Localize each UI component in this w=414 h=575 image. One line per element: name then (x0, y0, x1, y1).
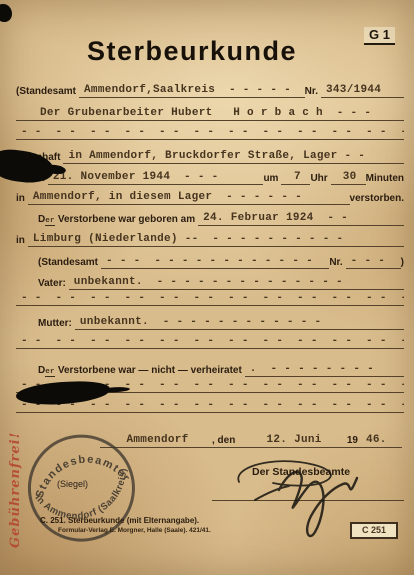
year-prefix-label: 19 (347, 435, 361, 447)
der-label: D (38, 214, 45, 226)
birth-date: 24. Februar 1924 - - (198, 212, 404, 226)
in-label: in (16, 193, 28, 205)
in-label-2: in (16, 235, 28, 247)
birth-registry-row: (Standesamt - - - - - - - - - - - - - - … (38, 249, 404, 269)
verstorben-label: verstorben. (350, 193, 404, 205)
birth-place-row: in Limburg (Niederlande) -- - - - - - - … (16, 227, 404, 247)
birth-place: Limburg (Niederlande) -- - - - - - - - -… (28, 233, 404, 247)
uhr-label: Uhr (310, 173, 330, 185)
filler-dashes: - - - - - - - - - - - - - - - - - - - - … (16, 292, 404, 306)
issue-date: 12. Juni (238, 434, 347, 447)
geboren-am-label: Verstorbene war geboren am (55, 214, 198, 226)
ink-blot (0, 4, 12, 22)
residence-row: wohnhaft in Ammendorf, Bruckdorfer Straß… (16, 144, 404, 164)
nr-label: Nr. (305, 86, 321, 98)
birth-registry-value: - - - - - - - - - - - - - - - (101, 255, 329, 269)
standesamt-label: (Standesamt (16, 86, 79, 98)
issue-year: 46. (361, 434, 402, 447)
paren-close: ) (401, 257, 404, 269)
deceased-name-row: Der Grubenarbeiter Hubert H o r b a c h … (16, 101, 404, 121)
filler-dashes: - - - - - - - - - - - - - - - - - - - - … (16, 335, 404, 349)
siegel-label: (Siegel) (57, 479, 88, 489)
death-date: 21. November 1944 - - - (48, 171, 264, 185)
form-code-box: C 251 (350, 522, 398, 539)
page-title: Sterbeurkunde (0, 36, 384, 67)
nr-label-2: Nr. (329, 257, 345, 269)
filler-dashes: - - - - - - - - - - - - - - - - - - - - … (16, 126, 404, 140)
death-place: Ammendorf, in diesem Lager - - - - - - (28, 191, 350, 205)
birth-registry-number: - - - (346, 255, 401, 269)
fee-exempt-note: Gebührenfrei! (8, 418, 23, 548)
registry-office-row: (Standesamt Ammendorf,Saalkreis - - - - … (16, 78, 404, 98)
mother-row: Mutter: unbekannt. - - - - - - - - - - -… (38, 310, 404, 330)
er-superscript: er (45, 218, 55, 227)
certificate-number: 343/1944 (321, 84, 404, 98)
birth-date-row: D er Verstorbene war geboren am 24. Febr… (38, 206, 404, 226)
den-label: , den (212, 435, 238, 447)
filler-row: - - - - - - - - - - - - - - - - - - - - … (16, 286, 404, 306)
death-hour: 7 (281, 171, 310, 185)
death-minutes: 30 (331, 171, 366, 185)
standesamt-label-2: (Standesamt (38, 257, 101, 269)
filler-row: - - - - - - - - - - - - - - - - - - - - … (16, 329, 404, 349)
form-imprint-line1: C. 251. Sterbeurkunde (mit Elternangabe)… (40, 516, 199, 525)
deceased-name: Der Grubenarbeiter Hubert H o r b a c h … (16, 107, 404, 121)
mother-value: unbekannt. - - - - - - - - - - - - (75, 316, 404, 330)
minuten-label: Minuten (366, 173, 404, 185)
death-certificate-scan: G 1 Sterbeurkunde (Standesamt Ammendorf,… (0, 0, 414, 575)
residence-value: in Ammendorf, Bruckdorfer Straße, Lager … (63, 150, 404, 164)
death-date-row: ist am 21. November 1944 - - - um 7 Uhr … (16, 165, 404, 185)
issue-date-row: Ammendorf , den 12. Juni 19 46. (100, 427, 402, 448)
um-label: um (263, 173, 281, 185)
form-imprint-line2: Formular-Verlag E. Morgner, Halle (Saale… (58, 527, 211, 534)
death-place-row: in Ammendorf, in diesem Lager - - - - - … (16, 185, 404, 205)
filler-row: - - - - - - - - - - - - - - - - - - - - … (16, 120, 404, 140)
standesamt-value: Ammendorf,Saalkreis - - - - - (79, 84, 305, 98)
